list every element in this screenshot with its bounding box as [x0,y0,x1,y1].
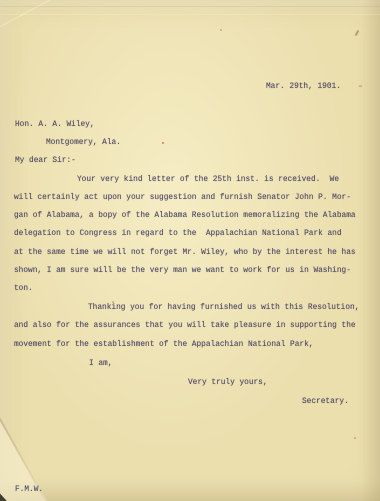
horizontal-crease [0,14,380,15]
top-left-crease [0,0,55,27]
pre-closing: I am, [89,359,112,370]
pencil-dash-annotation: – [358,82,363,93]
body-line: ton. [14,284,33,295]
date-line: Mar. 29th, 1901. [266,82,341,93]
body-line: Thanking you for having furnished us wit… [88,303,359,314]
paper-speck [354,437,356,439]
body-line: Your very kind letter of the 25th inst. … [77,175,339,186]
body-line: and also for the assurances that you wil… [14,321,356,332]
paper-speck [355,30,360,36]
valediction: Very truly yours, [188,378,268,389]
paper-speck [162,142,164,144]
body-line: delegation to Congress in regard to the … [14,229,342,240]
signature-title: Secretary. [302,397,349,408]
scanned-letter-page: Mar. 29th, 1901. – Hon. A. A. Wiley, Mon… [0,0,380,501]
body-line: will certainly act upon your suggestion … [14,193,351,204]
recipient-name: Hon. A. A. Wiley, [15,120,95,131]
body-line: movement for the establishment of the Ap… [14,340,313,351]
body-line: at the same time we will not forget Mr. … [14,248,356,259]
body-line: gan of Alabama, a bopy of the Alabama Re… [14,211,356,222]
salutation: My dear Sir:- [15,156,76,167]
horizontal-crease [0,6,380,7]
recipient-address: Montgomery, Ala. [46,138,121,149]
paper-speck [220,29,222,31]
typist-initials: F.M.W. [15,485,43,496]
body-line: shown, I am sure will be the very man we… [14,266,351,277]
